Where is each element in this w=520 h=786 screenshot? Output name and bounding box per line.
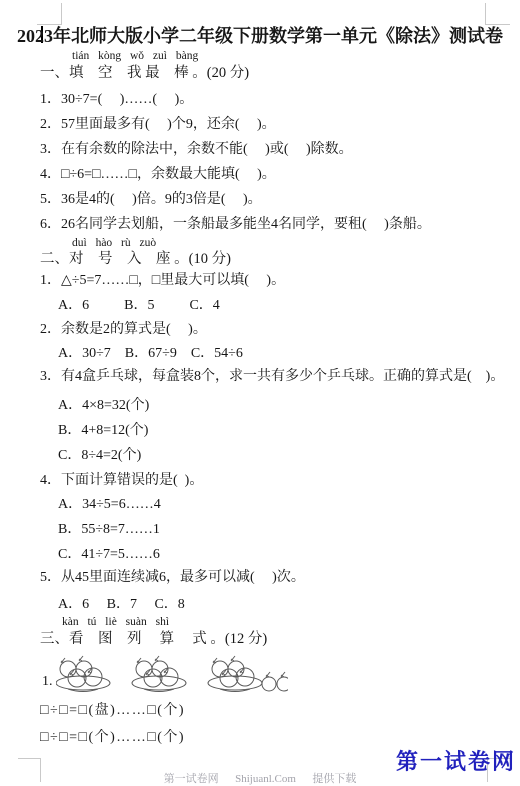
document-page[interactable]: 2023年北师大版小学二年级下册数学第一单元《除法》测试卷 tián kòng … xyxy=(0,0,520,786)
answer-formula-line[interactable]: □÷□=□(盘)……□(个) xyxy=(40,704,185,718)
site-watermark: 第一试卷网 xyxy=(396,745,516,776)
option-line[interactable]: A．34÷5=6……4 xyxy=(58,498,161,512)
option-line[interactable]: A．4×8=32(个) xyxy=(58,399,149,413)
question-line[interactable]: 1．30÷7=( )……( )。 xyxy=(40,93,193,107)
question-line[interactable]: 2．57里面最多有( )个9，还余( )。 xyxy=(40,118,276,132)
question-line[interactable]: 4．□÷6=□……□，余数最大能填( )。 xyxy=(40,168,276,182)
question-line[interactable]: 5．36是4的( )倍。9的3倍是( )。 xyxy=(40,193,262,207)
crop-mark-bottom-left-h xyxy=(18,758,41,759)
option-line[interactable]: A．6 B．7 C．8 xyxy=(58,598,185,612)
option-line[interactable]: A．30÷7 B．67÷9 C．54÷6 xyxy=(58,347,243,361)
answer-formula-line[interactable]: □÷□=□(个)……□(个) xyxy=(40,731,185,745)
question-line[interactable]: 4．下面计算错误的是( )。 xyxy=(40,474,203,488)
option-line[interactable]: B．4+8=12(个) xyxy=(58,424,148,438)
question-line[interactable]: 2．余数是2的算式是( )。 xyxy=(40,323,207,337)
pinyin-annotation-section1: tián kòng wǒ zuì bàng xyxy=(72,51,198,62)
option-line[interactable]: C．41÷7=5……6 xyxy=(58,548,160,562)
question-line[interactable]: 6．26名同学去划船，一条船最多能坐4名同学，要租( )条船。 xyxy=(40,218,431,232)
pinyin-annotation-section2: duì hào rù zuò xyxy=(72,238,156,249)
page-title[interactable]: 2023年北师大版小学二年级下册数学第一单元《除法》测试卷 xyxy=(0,22,520,48)
option-line[interactable]: C．8÷4=2(个) xyxy=(58,449,141,463)
section1-heading[interactable]: 一、填 空 我 最 棒 。(20 分) xyxy=(40,66,249,81)
question-line[interactable]: 5．从45里面连续减6，最多可以减( )次。 xyxy=(40,571,305,585)
section2-heading[interactable]: 二、对 号 入 座 。(10 分) xyxy=(40,252,231,267)
figure-item-number: 1. xyxy=(42,674,53,690)
apples-plates-image xyxy=(56,644,288,696)
question-line[interactable]: 1．△÷5=7……□，□里最大可以填( )。 xyxy=(40,274,285,288)
option-line[interactable]: A．6 B．5 C．4 xyxy=(58,299,220,313)
question-line[interactable]: 3．有4盒乒乓球，每盒装8个，求一共有多少个乒乓球。正确的算式是( )。 xyxy=(40,370,504,384)
question-line[interactable]: 3．在有余数的除法中，余数不能( )或( )除数。 xyxy=(40,143,353,157)
pinyin-annotation-section3: kàn tú liè suàn shì xyxy=(62,617,169,628)
option-line[interactable]: B．55÷8=7……1 xyxy=(58,523,160,537)
